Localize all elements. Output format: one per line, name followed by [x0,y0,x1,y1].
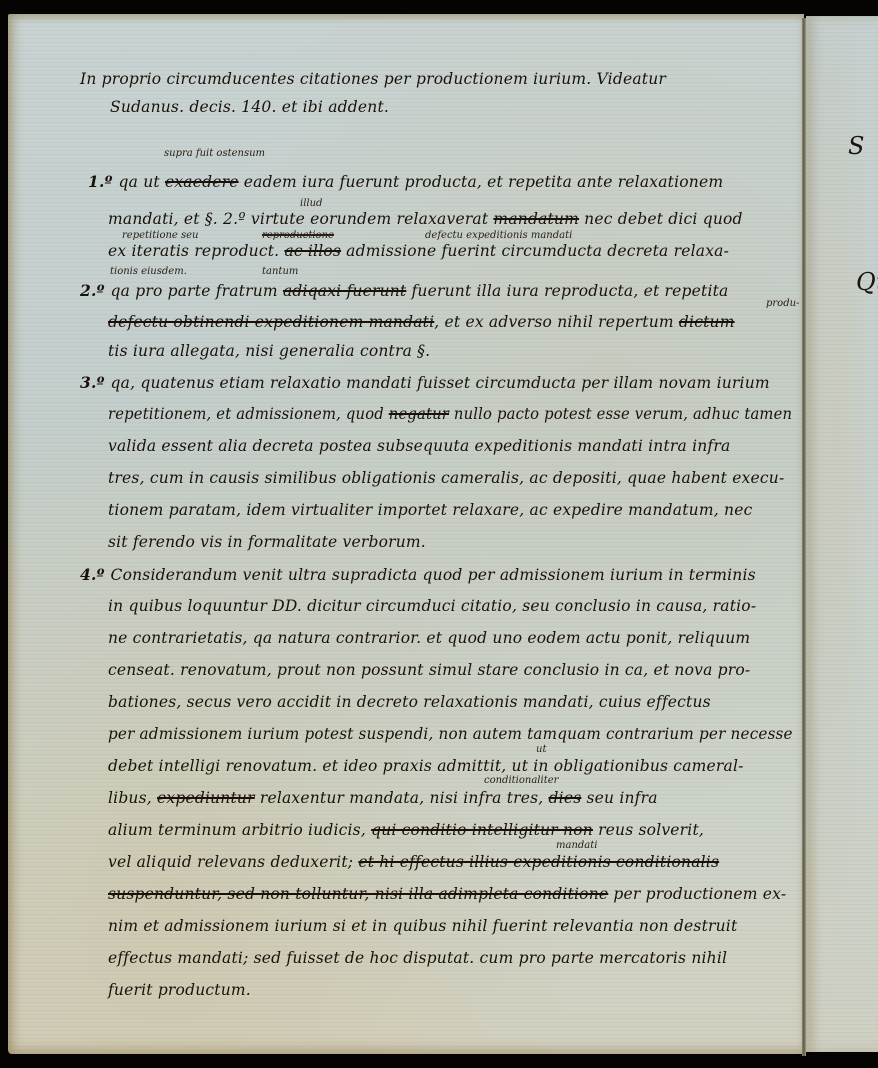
text-segment: debet intelligi renovatum. et ideo praxi… [108,757,744,775]
text-segment: admissione fuerint circumducta decreta r… [341,242,729,260]
manuscript-line: In proprio circumducentes citationes per… [80,70,666,88]
manuscript-line: 1.ºqa ut exaedere eadem iura fuerunt pro… [88,172,723,191]
interlinear-note: reproductione [262,230,334,241]
interlinear-note: supra fuit ostensum [164,148,265,159]
text-segment: nullo pacto potest esse verum, adhuc tam… [449,405,792,423]
struck-word: adiqaxi fuerunt [283,282,406,300]
manuscript-line: alium terminum arbitrio iudicis, qui con… [108,821,704,839]
struck-word: qui conditio intelligitur non [371,821,593,839]
interlinear-note: tionis eiusdem. [110,266,187,277]
text-segment: illud [300,198,322,209]
struck-word: exaedere [165,173,239,191]
interlinear-note: illud [300,198,322,209]
manuscript-line: suspenduntur, sed non tolluntur, nisi il… [108,885,786,903]
text-segment: Considerandum venit ultra supradicta quo… [111,566,756,584]
interlinear-note: defectu expeditionis mandati [425,230,572,241]
manuscript-line: bationes, secus vero accidit in decreto … [108,693,711,711]
manuscript-line: repetitionem, et admissionem, quod negat… [108,405,792,423]
text-segment: conditionaliter [484,775,558,786]
text-segment: defectu expeditionis mandati [425,230,572,241]
text-segment: in quibus loquuntur DD. dicitur circumdu… [108,597,756,615]
text-segment: vel aliquid relevans deduxerit; [108,853,358,871]
text-segment: libus, [108,789,157,807]
text-segment: ut [536,744,546,755]
interlinear-note: mandati [556,840,597,851]
manuscript-line: ne contrarietatis, qa natura contrarior.… [108,629,750,647]
manuscript-line: 2.ºqa pro parte fratrum adiqaxi fuerunt … [80,281,728,300]
text-segment: In proprio circumducentes citationes per… [80,70,666,88]
text-segment: qa pro parte fratrum [111,282,283,300]
manuscript-line: effectus mandati; sed fuisset de hoc dis… [108,949,727,967]
manuscript-line: tis iura allegata, nisi generalia contra… [108,342,430,360]
manuscript-line: fuerit productum. [108,981,251,999]
text-segment: sit ferendo vis in formalitate verborum. [108,533,426,551]
text-segment: qa ut [119,173,165,191]
text-segment: alium terminum arbitrio iudicis, [108,821,371,839]
struck-word: ac illos [284,242,341,260]
adjacent-page [806,16,878,1052]
text-segment: per productionem ex- [608,885,786,903]
text-segment: eadem iura fuerunt producta, et repetita… [239,173,724,191]
manuscript-line: libus, expediuntur relaxentur mandata, n… [108,789,658,807]
text-segment: effectus mandati; sed fuisset de hoc dis… [108,949,727,967]
struck-word: suspenduntur, sed non tolluntur, nisi il… [108,885,608,903]
manuscript-line: mandati, et §. 2.º virtute eorundem rela… [108,210,743,228]
text-segment: tionem paratam, idem virtualiter importe… [108,501,752,519]
struck-word: expediuntur [157,789,255,807]
struck-word: negatur [389,405,449,423]
interlinear-note: conditionaliter [484,775,558,786]
paragraph-number: 2.º [80,281,105,300]
text-segment: ex iteratis reproduct. [108,242,284,260]
text-segment: tantum [262,266,298,277]
text-segment: reus solverit, [593,821,704,839]
manuscript-line: 3.ºqa, quatenus etiam relaxatio mandati … [80,373,770,392]
interlinear-note: tantum [262,266,298,277]
manuscript-line: ex iteratis reproduct. ac illos admissio… [108,242,729,260]
text-segment: repetitionem, et admissionem, quod [108,405,389,423]
interlinear-note: repetitione seu [122,230,199,241]
text-segment: mandati [556,840,597,851]
text-segment: ne contrarietatis, qa natura contrarior.… [108,629,750,647]
text-segment: qa, quatenus etiam relaxatio mandati fui… [111,374,770,392]
struck-word: defectu obtinendi expeditionem mandati [108,313,434,331]
paragraph-number: 4.º [80,565,105,584]
text-segment: supra fuit ostensum [164,148,265,159]
text-segment: fuerunt illa iura reproducta, et repetit… [406,282,728,300]
interlinear-note: produ- [766,298,799,309]
text-segment: bationes, secus vero accidit in decreto … [108,693,711,711]
text-segment: , et ex adverso nihil repertum [434,313,679,331]
manuscript-line: debet intelligi renovatum. et ideo praxi… [108,757,744,775]
text-segment: mandati, et §. 2.º virtute eorundem rela… [108,210,493,228]
text-segment: censeat. renovatum, prout non possunt si… [108,661,750,679]
manuscript-line: tionem paratam, idem virtualiter importe… [108,501,752,519]
manuscript-line: defectu obtinendi expeditionem mandati, … [108,313,735,331]
manuscript-line: in quibus loquuntur DD. dicitur circumdu… [108,597,756,615]
adjacent-page-letter: S [848,132,864,160]
struck-word: et hi effectus illius expeditionis condi… [358,853,719,871]
text-segment: per admissionem iurium potest suspendi, … [108,725,793,743]
manuscript-line: vel aliquid relevans deduxerit; et hi ef… [108,853,719,871]
adjacent-page-letter: Qu [856,268,878,296]
text-segment: tionis eiusdem. [110,266,187,277]
text-segment: tis iura allegata, nisi generalia contra… [108,342,430,360]
interlinear-note: ut [536,744,546,755]
manuscript-line: sit ferendo vis in formalitate verborum. [108,533,426,551]
text-segment: produ- [766,298,799,309]
manuscript-line: valida essent alia decreta postea subseq… [108,437,730,455]
manuscript-line: nim et admissionem iurium si et in quibu… [108,917,737,935]
manuscript-line: Sudanus. decis. 140. et ibi addent. [110,98,389,116]
text-segment: nec debet dici quod [579,210,743,228]
text-segment: tres, cum in causis similibus obligation… [108,469,784,487]
paragraph-number: 1.º [88,172,113,191]
struck-word: dies [549,789,582,807]
text-segment: fuerit productum. [108,981,251,999]
manuscript-line: per admissionem iurium potest suspendi, … [108,725,793,743]
manuscript-line: censeat. renovatum, prout non possunt si… [108,661,750,679]
struck-word: reproductione [262,230,334,241]
manuscript-line: tres, cum in causis similibus obligation… [108,469,784,487]
text-segment: relaxentur mandata, nisi infra tres, [255,789,549,807]
paragraph-number: 3.º [80,373,105,392]
text-segment: Sudanus. decis. 140. et ibi addent. [110,98,389,116]
text-segment: nim et admissionem iurium si et in quibu… [108,917,737,935]
text-segment: repetitione seu [122,230,199,241]
struck-word: dictum [679,313,735,331]
struck-word: mandatum [493,210,579,228]
text-segment: valida essent alia decreta postea subseq… [108,437,730,455]
text-segment: seu infra [581,789,657,807]
manuscript-line: 4.ºConsiderandum venit ultra supradicta … [80,565,756,584]
